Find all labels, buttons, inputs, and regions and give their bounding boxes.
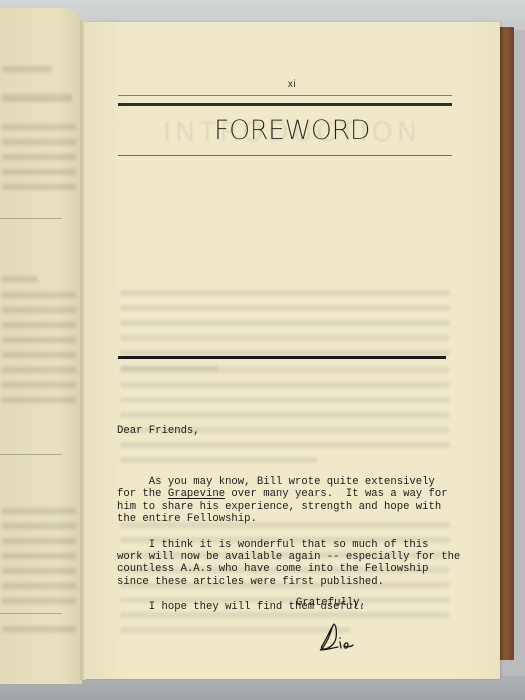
signature-lois [318,620,368,654]
closing: Gratefully, [296,597,366,609]
ghost-text [2,352,76,358]
ghost-text [2,523,76,529]
header-rule-thin [118,95,452,96]
title-rule-bottom [118,155,452,156]
hardcover-edge [500,27,514,660]
letter-paragraph: I hope they will find them useful. [117,601,457,613]
ghost-text [2,382,76,388]
ghost-text [2,598,76,604]
ghost-text [2,397,76,403]
ghost-text [2,553,76,559]
ghost-text [2,292,76,298]
letter-body: As you may know, Bill wrote quite extens… [117,476,457,614]
ghost-text [2,154,76,160]
underlined-title: Grapevine [168,488,225,500]
ghost-text [2,508,76,514]
ghost-text [2,94,72,102]
letter-paragraph: As you may know, Bill wrote quite extens… [117,476,457,526]
page-number: xi [84,79,500,90]
header-rule-thick [118,103,452,106]
ghost-text [2,184,76,190]
ghost-text [2,626,76,632]
ghost-text [2,124,76,130]
ghost-text [2,337,76,343]
book-page: xi INTRODUCTION FOREWORD Dear Friends, A… [84,22,500,679]
left-facing-page [0,8,82,684]
ghost-text [2,538,76,544]
ghost-text [2,307,76,313]
ghost-text [2,66,52,72]
letter-divider-rule [118,356,446,359]
ghost-text [2,583,76,589]
ghost-rule [0,613,62,614]
chapter-title: FOREWORD [84,115,500,146]
ghost-rule [0,218,62,219]
ghost-rule [0,454,62,455]
ghost-text [2,322,76,328]
ghost-text [2,568,76,574]
ghost-text [2,169,76,175]
ghost-text [2,139,76,145]
salutation: Dear Friends, [117,425,457,437]
foreword-letter: Dear Friends, As you may know, Bill wrot… [117,400,457,652]
ghost-text [2,367,76,373]
ghost-text [2,276,38,282]
letter-paragraph: I think it is wonderful that so much of … [117,539,457,589]
